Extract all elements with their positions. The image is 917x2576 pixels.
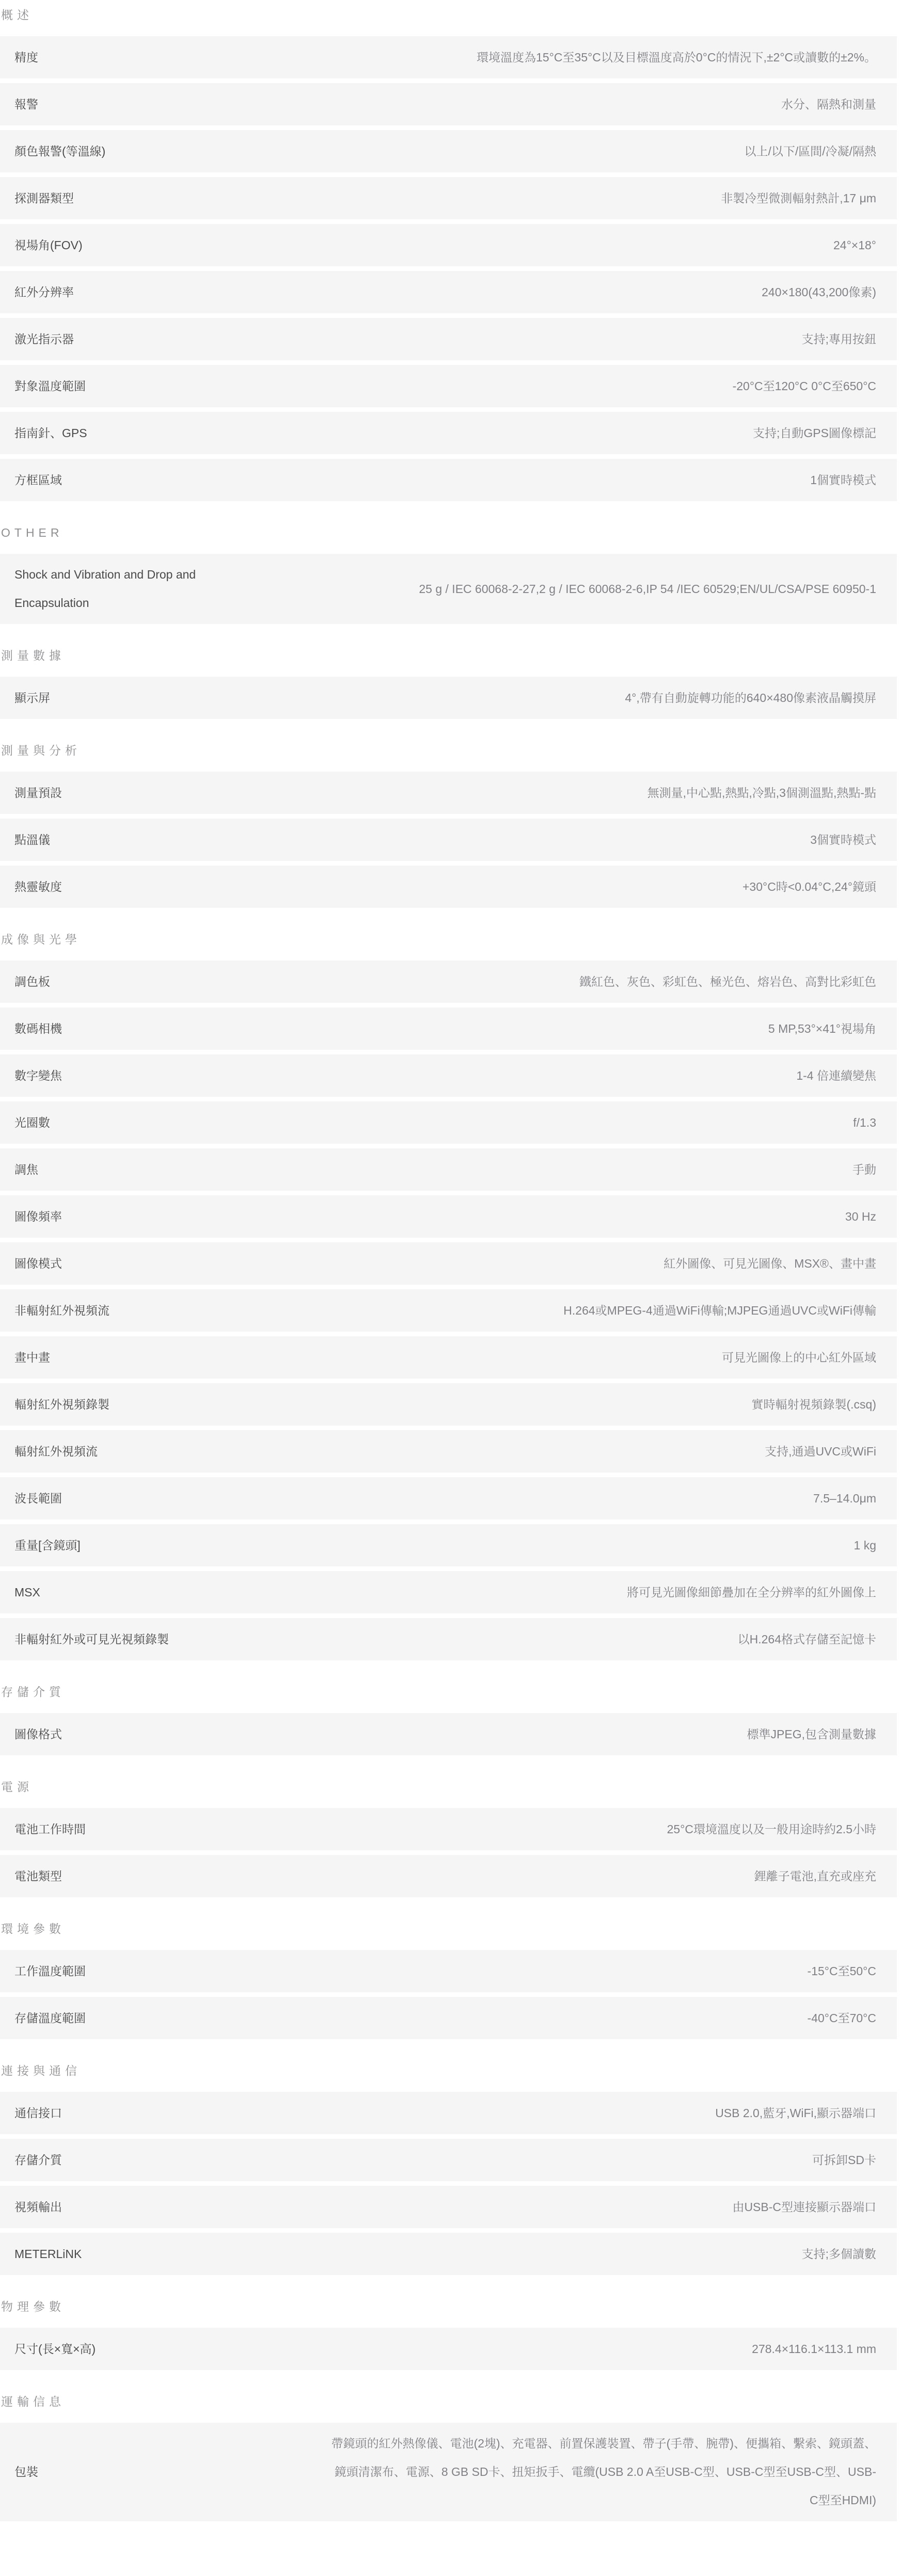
spec-row: 精度環境溫度為15°C至35°C以及目標溫度高於0°C的情況下,±2°C或讀數的… xyxy=(0,36,897,78)
spec-label: Shock and Vibration and Drop and Encapsu… xyxy=(14,561,242,617)
spec-label: 數碼相機 xyxy=(14,1015,242,1043)
spec-label: 非輻射紅外或可見光視頻錄製 xyxy=(14,1625,242,1654)
spec-value: 25°C環境溫度以及一般用途時約2.5小時 xyxy=(667,1815,876,1844)
spec-label: 輻射紅外視頻錄製 xyxy=(14,1390,242,1419)
spec-row: 數字變焦1-4 倍連續變焦 xyxy=(0,1054,897,1097)
spec-row: 調焦手動 xyxy=(0,1148,897,1191)
spec-value: 水分、隔熱和測量 xyxy=(781,90,876,119)
spec-value: USB 2.0,藍牙,WiFi,顯示器端口 xyxy=(715,2099,876,2127)
spec-value: 將可見光圖像細節疊加在全分辨率的紅外圖像上 xyxy=(627,1578,876,1607)
spec-label: 對象溫度範圍 xyxy=(14,372,242,401)
spec-row: 指南針、GPS支持;自動GPS圖像標記 xyxy=(0,412,897,454)
section-title: 連接與通信 xyxy=(1,2062,897,2079)
spec-value: 30 Hz xyxy=(845,1203,876,1231)
spec-row: METERLiNK支持;多個讀數 xyxy=(0,2233,897,2275)
spec-row: 圖像模式紅外圖像、可見光圖像、MSX®、畫中畫 xyxy=(0,1242,897,1285)
spec-label: 視頻輸出 xyxy=(14,2193,242,2221)
spec-value: 鋰離子電池,直充或座充 xyxy=(754,1862,876,1891)
spec-value: 4°,帶有自動旋轉功能的640×480像素液晶觸摸屏 xyxy=(625,684,876,712)
spec-row: 點溫儀3個實時模式 xyxy=(0,819,897,861)
spec-row: 輻射紅外視頻錄製實時輻射視頻錄製(.csq) xyxy=(0,1383,897,1426)
spec-value: f/1.3 xyxy=(853,1109,876,1137)
spec-value: 支持;專用按鈕 xyxy=(802,325,876,354)
spec-value: 實時輻射視頻錄製(.csq) xyxy=(752,1390,877,1419)
spec-value: 以H.264格式存儲至記憶卡 xyxy=(738,1625,876,1654)
spec-label: 存儲溫度範圍 xyxy=(14,2004,242,2033)
spec-label: 圖像格式 xyxy=(14,1720,242,1749)
spec-label: 探測器類型 xyxy=(14,184,242,213)
section-title: 測量與分析 xyxy=(1,742,897,759)
spec-row: 工作溫度範圍-15°C至50°C xyxy=(0,1950,897,1992)
spec-row: 紅外分辨率240×180(43,200像素) xyxy=(0,271,897,313)
spec-value: 無測量,中心點,熱點,冷點,3個測溫點,熱點-點 xyxy=(647,779,876,807)
spec-value: 278.4×116.1×113.1 mm xyxy=(752,2335,876,2363)
spec-label: 調色板 xyxy=(14,968,242,996)
spec-row: 電池工作時間25°C環境溫度以及一般用途時約2.5小時 xyxy=(0,1808,897,1850)
spec-row: 激光指示器支持;專用按鈕 xyxy=(0,318,897,360)
spec-label: 熱靈敏度 xyxy=(14,873,242,901)
spec-value: 鐵紅色、灰色、彩虹色、極光色、熔岩色、高對比彩虹色 xyxy=(579,968,876,996)
section-title: 運輸信息 xyxy=(1,2393,897,2410)
spec-label: 點溫儀 xyxy=(14,826,242,854)
spec-label: 電池類型 xyxy=(14,1862,242,1891)
spec-label: 存儲介質 xyxy=(14,2146,242,2174)
spec-row: 圖像格式標準JPEG,包含測量數據 xyxy=(0,1713,897,1755)
spec-row: 調色板鐵紅色、灰色、彩虹色、極光色、熔岩色、高對比彩虹色 xyxy=(0,961,897,1003)
spec-row: 輻射紅外視頻流支持,通過UVC或WiFi xyxy=(0,1430,897,1473)
spec-row: 測量預設無測量,中心點,熱點,冷點,3個測溫點,熱點-點 xyxy=(0,772,897,814)
spec-label: 工作溫度範圍 xyxy=(14,1957,242,1986)
spec-row: 電池類型鋰離子電池,直充或座充 xyxy=(0,1855,897,1897)
spec-row: Shock and Vibration and Drop and Encapsu… xyxy=(0,554,897,624)
spec-label: 數字變焦 xyxy=(14,1062,242,1090)
spec-row: 畫中畫可見光圖像上的中心紅外區域 xyxy=(0,1336,897,1379)
spec-label: 精度 xyxy=(14,43,242,72)
spec-label: 包裝 xyxy=(14,2458,242,2486)
spec-value: 5 MP,53°×41°視場角 xyxy=(768,1015,876,1043)
spec-label: 電池工作時間 xyxy=(14,1815,242,1844)
section-title: 物理參數 xyxy=(1,2298,897,2315)
spec-value: 1 kg xyxy=(854,1531,876,1560)
spec-row: 熱靈敏度+30°C時<0.04°C,24°鏡頭 xyxy=(0,866,897,908)
spec-row: MSX將可見光圖像細節疊加在全分辨率的紅外圖像上 xyxy=(0,1571,897,1613)
spec-row: 報警水分、隔熱和測量 xyxy=(0,83,897,125)
spec-label: 顏色報警(等溫線) xyxy=(14,137,242,166)
section-title: 存儲介質 xyxy=(1,1683,897,1701)
spec-row: 尺寸(長×寬×高)278.4×116.1×113.1 mm xyxy=(0,2328,897,2370)
spec-row: 顯示屏4°,帶有自動旋轉功能的640×480像素液晶觸摸屏 xyxy=(0,677,897,719)
spec-label: 視場角(FOV) xyxy=(14,231,242,260)
spec-label: 光圈數 xyxy=(14,1109,242,1137)
spec-value: 非製冷型微測輻射熱計,17 μm xyxy=(721,184,876,213)
spec-row: 非輻射紅外視頻流H.264或MPEG-4通過WiFi傳輸;MJPEG通過UVC或… xyxy=(0,1289,897,1332)
spec-value: +30°C時<0.04°C,24°鏡頭 xyxy=(742,873,876,901)
spec-row: 波長範圍7.5–14.0μm xyxy=(0,1477,897,1519)
spec-row: 對象溫度範圍-20°C至120°C 0°C至650°C xyxy=(0,365,897,407)
spec-label: 非輻射紅外視頻流 xyxy=(14,1297,242,1325)
spec-label: MSX xyxy=(14,1578,242,1607)
spec-value: 支持;自動GPS圖像標記 xyxy=(753,419,876,447)
spec-label: 輻射紅外視頻流 xyxy=(14,1437,242,1466)
spec-value: 3個實時模式 xyxy=(810,826,876,854)
spec-value: 支持;多個讀數 xyxy=(802,2240,876,2268)
spec-value: 可拆卸SD卡 xyxy=(812,2146,876,2174)
spec-row: 方框區域1個實時模式 xyxy=(0,459,897,501)
spec-row: 存儲溫度範圍-40°C至70°C xyxy=(0,1997,897,2039)
spec-value: 1-4 倍連續變焦 xyxy=(796,1062,876,1090)
spec-value: 標準JPEG,包含測量數據 xyxy=(747,1720,876,1749)
spec-row: 圖像頻率30 Hz xyxy=(0,1195,897,1238)
spec-value: 環境溫度為15°C至35°C以及目標溫度高於0°C的情況下,±2°C或讀數的±2… xyxy=(477,43,876,72)
spec-value: -15°C至50°C xyxy=(808,1957,876,1986)
spec-table: 概述精度環境溫度為15°C至35°C以及目標溫度高於0°C的情況下,±2°C或讀… xyxy=(0,6,917,2521)
spec-label: 圖像模式 xyxy=(14,1250,242,1278)
section-title: 成像與光學 xyxy=(1,931,897,948)
spec-label: 激光指示器 xyxy=(14,325,242,354)
spec-label: 畫中畫 xyxy=(14,1343,242,1372)
spec-value: 1個實時模式 xyxy=(810,466,876,494)
section-title: OTHER xyxy=(1,524,897,541)
spec-value: 240×180(43,200像素) xyxy=(762,278,876,307)
spec-label: 方框區域 xyxy=(14,466,242,494)
spec-row: 存儲介質可拆卸SD卡 xyxy=(0,2139,897,2181)
spec-label: 重量[含鏡頭] xyxy=(14,1531,242,1560)
section-title: 測量數據 xyxy=(1,647,897,664)
spec-value: 紅外圖像、可見光圖像、MSX®、畫中畫 xyxy=(663,1250,876,1278)
spec-row: 光圈數f/1.3 xyxy=(0,1101,897,1144)
spec-value: 手動 xyxy=(852,1156,876,1184)
spec-value: 7.5–14.0μm xyxy=(813,1484,876,1513)
spec-value: H.264或MPEG-4通過WiFi傳輸;MJPEG通過UVC或WiFi傳輸 xyxy=(563,1297,876,1325)
spec-label: 通信接口 xyxy=(14,2099,242,2127)
spec-value: 支持,通過UVC或WiFi xyxy=(765,1437,876,1466)
spec-label: 紅外分辨率 xyxy=(14,278,242,307)
spec-row: 數碼相機5 MP,53°×41°視場角 xyxy=(0,1007,897,1050)
spec-row: 視場角(FOV)24°×18° xyxy=(0,224,897,266)
spec-label: 波長範圍 xyxy=(14,1484,242,1513)
spec-row: 重量[含鏡頭]1 kg xyxy=(0,1524,897,1566)
spec-value: 以上/以下/區間/冷凝/隔熱 xyxy=(744,137,876,166)
spec-value: 由USB-C型連接顯示器端口 xyxy=(732,2193,876,2221)
spec-value: 24°×18° xyxy=(833,231,876,260)
section-title: 概述 xyxy=(1,6,897,24)
spec-value: 25 g / IEC 60068-2-27,2 g / IEC 60068-2-… xyxy=(419,575,876,603)
spec-row: 顏色報警(等溫線)以上/以下/區間/冷凝/隔熱 xyxy=(0,130,897,172)
spec-row: 包裝帶鏡頭的紅外熱像儀、電池(2塊)、充電器、前置保護裝置、帶子(手帶、腕帶)、… xyxy=(0,2423,897,2521)
spec-row: 探測器類型非製冷型微測輻射熱計,17 μm xyxy=(0,177,897,219)
spec-label: METERLiNK xyxy=(14,2240,242,2268)
spec-row: 視頻輸出由USB-C型連接顯示器端口 xyxy=(0,2186,897,2228)
spec-row: 通信接口USB 2.0,藍牙,WiFi,顯示器端口 xyxy=(0,2092,897,2134)
spec-label: 顯示屏 xyxy=(14,684,242,712)
spec-label: 調焦 xyxy=(14,1156,242,1184)
spec-label: 測量預設 xyxy=(14,779,242,807)
spec-value: 帶鏡頭的紅外熱像儀、電池(2塊)、充電器、前置保護裝置、帶子(手帶、腕帶)、便攜… xyxy=(329,2429,876,2515)
spec-label: 指南針、GPS xyxy=(14,419,242,447)
spec-label: 報警 xyxy=(14,90,242,119)
section-title: 環境參數 xyxy=(1,1920,897,1938)
spec-value: -40°C至70°C xyxy=(808,2004,876,2033)
spec-value: -20°C至120°C 0°C至650°C xyxy=(733,372,876,401)
spec-label: 尺寸(長×寬×高) xyxy=(14,2335,242,2363)
spec-value: 可見光圖像上的中心紅外區域 xyxy=(722,1343,876,1372)
spec-row: 非輻射紅外或可見光視頻錄製以H.264格式存儲至記憶卡 xyxy=(0,1618,897,1660)
spec-label: 圖像頻率 xyxy=(14,1203,242,1231)
section-title: 電源 xyxy=(1,1778,897,1796)
